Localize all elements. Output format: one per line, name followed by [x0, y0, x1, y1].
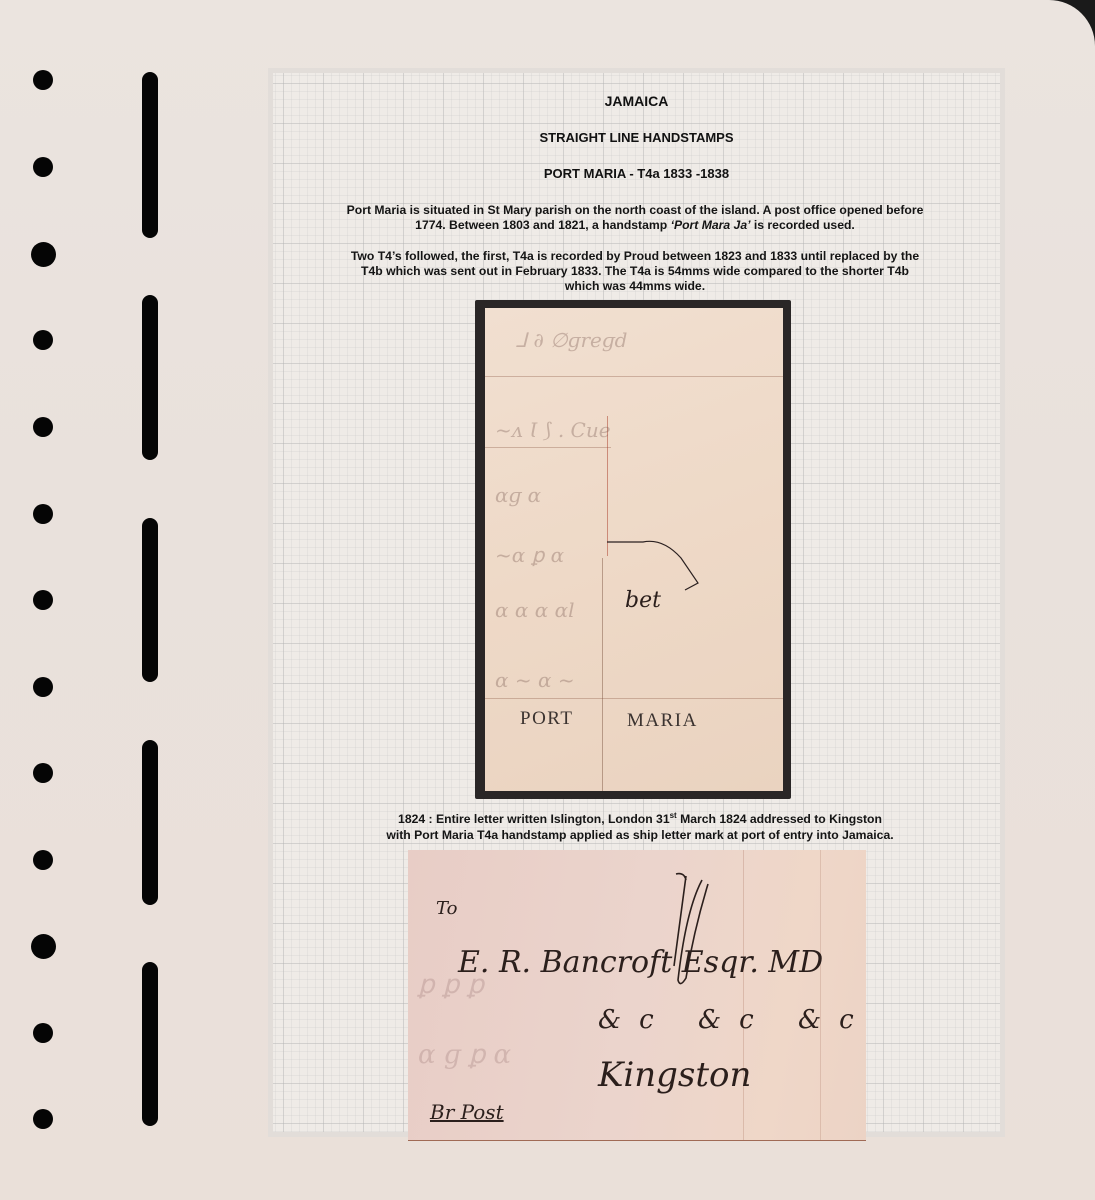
handstamp-maria: MARIA	[627, 710, 698, 732]
fold-line	[485, 698, 783, 699]
rate-mark-1-shilling	[666, 870, 714, 1010]
binder-hole	[33, 157, 53, 177]
binder-hole	[33, 417, 53, 437]
binder-hole-large	[31, 934, 56, 959]
binder-hole	[33, 70, 53, 90]
fold-line	[485, 376, 783, 377]
letter-back-port-maria: ᒧ ∂ ∅ɡreɡd ~ᴧ Ɩ ⟆ . Cue ɑɡ ɑ ~ɑ ꝑ ɑ ɑ ɑ …	[485, 308, 783, 791]
text-line: Two T4’s followed, the first, T4a is rec…	[300, 249, 970, 264]
caption-line-2: with Port Maria T4a handstamp applied as…	[340, 827, 940, 843]
faint-script: ~ɑ ꝑ ɑ	[495, 543, 564, 567]
fold-line	[485, 447, 611, 448]
handstamp-name: ‘Port Mara Ja’	[671, 218, 751, 232]
intro-paragraph-1: Port Maria is situated in St Mary parish…	[300, 203, 970, 233]
binder-hole-large	[31, 242, 56, 267]
page-subtitle: STRAIGHT LINE HANDSTAMPS	[268, 130, 1005, 145]
faint-script: ɑɡ ɑ	[495, 483, 541, 507]
text-line: Port Maria is situated in St Mary parish…	[300, 203, 970, 218]
binder-slot	[142, 295, 158, 460]
binder-hole	[33, 1023, 53, 1043]
handstamp-port: PORT	[520, 708, 573, 730]
torn-flap-outline	[603, 528, 723, 608]
fold-line	[743, 850, 744, 1140]
section-heading: PORT MARIA - T4a 1833 -1838	[268, 166, 1005, 181]
address-city: Kingston	[598, 1055, 751, 1095]
text-line: 1774. Between 1803 and 1821, a handstamp…	[300, 218, 970, 233]
show-through-script: ɑ ɡ ꝑ ɑ	[418, 1040, 511, 1070]
binder-hole	[33, 677, 53, 697]
faint-script: ɑ ~ ɑ ~	[495, 668, 575, 692]
binder-slot	[142, 518, 158, 682]
address-name: E. R. Bancroft Esqr. MD	[458, 945, 823, 980]
text-line: T4b which was sent out in February 1833.…	[300, 264, 970, 279]
binder-slot	[142, 962, 158, 1126]
page-title: JAMAICA	[268, 93, 1005, 109]
caption-line-1: 1824 : Entire letter written Islington, …	[340, 808, 940, 827]
faint-watermark	[122, 500, 138, 720]
binder-hole	[33, 330, 53, 350]
text-line: which was 44mms wide.	[300, 279, 970, 294]
item-caption: 1824 : Entire letter written Islington, …	[340, 808, 940, 843]
faint-script: ~ᴧ Ɩ ⟆ . Cue	[495, 418, 611, 442]
album-page: JAMAICA STRAIGHT LINE HANDSTAMPS PORT MA…	[0, 0, 1095, 1200]
binder-hole	[33, 763, 53, 783]
address-to: To	[436, 898, 457, 919]
letter-front-address-panel: ꝑ ꝑ ꝑ ɑ ɡ ꝑ ɑ To E. R. Bancroft Esqr. MD…	[408, 850, 866, 1141]
intro-paragraph-2: Two T4’s followed, the first, T4a is rec…	[300, 249, 970, 294]
manuscript-note: bet	[625, 588, 661, 613]
binder-slot	[142, 740, 158, 905]
binder-slot	[142, 72, 158, 238]
binder-hole	[33, 850, 53, 870]
fold-line	[820, 850, 821, 1140]
binder-hole	[33, 590, 53, 610]
address-line-2: &c &c &c	[598, 1005, 866, 1035]
endorsement: Br Post	[430, 1100, 504, 1124]
faint-script: ᒧ ∂ ∅ɡreɡd	[515, 328, 627, 352]
faint-script: ɑ ɑ ɑ ɑl	[495, 598, 575, 622]
binder-hole	[33, 1109, 53, 1129]
binder-hole	[33, 504, 53, 524]
